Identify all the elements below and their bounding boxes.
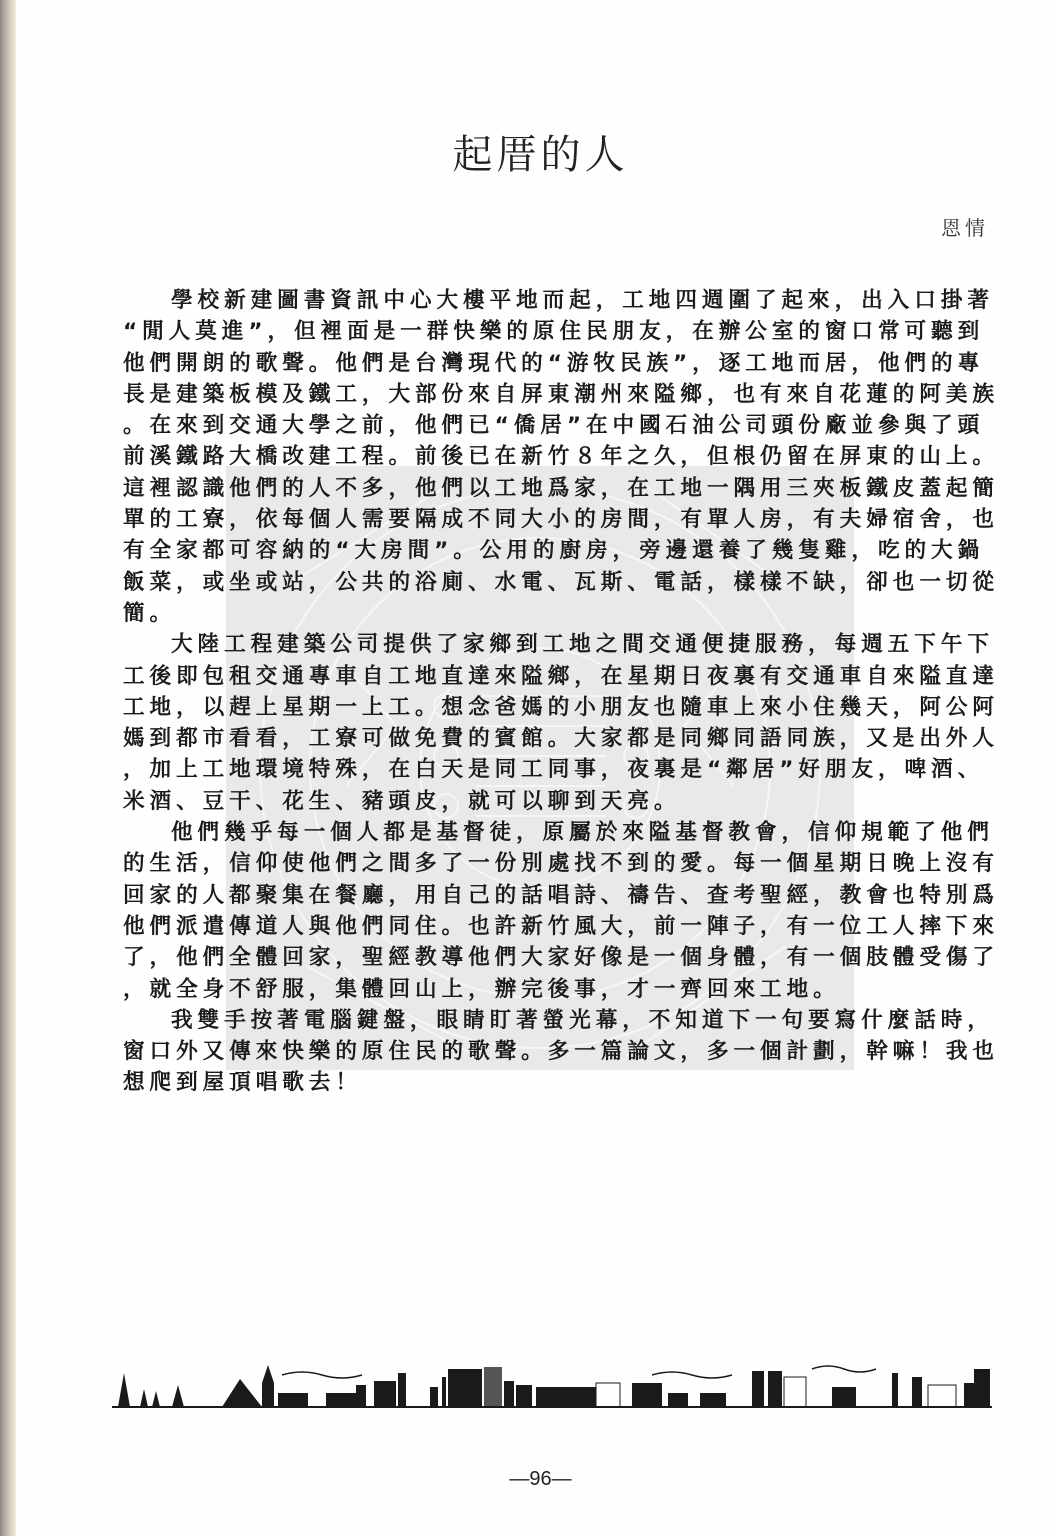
text-line: 回家的人都聚集在餐廳，用自己的話唱詩、禱告、查考聖經，教會也特別爲 [123, 880, 993, 911]
text-line: 前溪鐵路大橋改建工程。前後已在新竹８年之久，但根仍留在屏東的山上。 [123, 441, 993, 472]
city-skyline-illustration-icon [112, 1363, 992, 1409]
paragraph: 我雙手按著電腦鍵盤，眼睛盯著螢光幕，不知道下一句要寫什麼話時， 窗口外又傳來快樂… [123, 1005, 993, 1099]
text-line: 工後即包租交通專車自工地直達來隘鄉，在星期日夜裏有交通車自來隘直達 [123, 661, 993, 692]
text-line: 學校新建圖書資訊中心大樓平地而起，工地四週圍了起來，出入口掛著 [123, 285, 993, 316]
text-line: 了，他們全體回家，聖經教導他們大家好像是一個身體，有一個肢體受傷了 [123, 942, 993, 973]
paragraph: 大陸工程建築公司提供了家鄉到工地之間交通便捷服務，每週五下午下 工後即包租交通專… [123, 629, 993, 817]
text-line: 飯菜，或坐或站，公共的浴廁、水電、瓦斯、電話，樣樣不缺，卻也一切從 [123, 567, 993, 598]
text-line: 窗口外又傳來快樂的原住民的歌聲。多一篇論文，多一個計劃，幹嘛！我也 [123, 1036, 993, 1067]
text-line: 工地，以趕上星期一上工。想念爸媽的小朋友也隨車上來小住幾天，阿公阿 [123, 692, 993, 723]
text-line: 這裡認識他們的人不多，他們以工地爲家，在工地一隅用三夾板鐵皮蓋起簡 [123, 473, 993, 504]
page-number: —96— [0, 1468, 1051, 1491]
text-line: ，加上工地環境特殊，在白天是同工同事，夜裏是“鄰居”好朋友，啤酒、 [123, 754, 993, 785]
text-line: 媽到都市看看，工寮可做免費的賓館。大家都是同鄉同語同族，又是出外人 [123, 723, 993, 754]
text-line: 我雙手按著電腦鍵盤，眼睛盯著螢光幕，不知道下一句要寫什麼話時， [123, 1005, 993, 1036]
text-line: 單的工寮，依每個人需要隔成不同大小的房間，有單人房，有夫婦宿舍，也 [123, 504, 993, 535]
page-binding-edge [0, 0, 16, 1536]
text-line: 。在來到交通大學之前，他們已“僑居”在中國石油公司頭份廠並參與了頭 [123, 410, 993, 441]
paragraph: 學校新建圖書資訊中心大樓平地而起，工地四週圍了起來，出入口掛著 “閒人莫進”，但… [123, 285, 993, 629]
text-line: 他們派遣傳道人與他們同住。也許新竹風大，前一陣子，有一位工人摔下來 [123, 911, 993, 942]
text-line: 米酒、豆干、花生、豬頭皮，就可以聊到天亮。 [123, 786, 993, 817]
author-name: 恩情 [941, 212, 989, 241]
text-line: 大陸工程建築公司提供了家鄉到工地之間交通便捷服務，每週五下午下 [123, 629, 993, 660]
text-line: “閒人莫進”，但裡面是一群快樂的原住民朋友，在辦公室的窗口常可聽到 [123, 316, 993, 347]
text-line: 想爬到屋頂唱歌去！ [123, 1067, 993, 1098]
text-line: 有全家都可容納的“大房間”。公用的廚房，旁邊還養了幾隻雞，吃的大鍋 [123, 535, 993, 566]
text-line: 簡。 [123, 598, 993, 629]
text-line: 他們幾乎每一個人都是基督徒，原屬於來隘基督教會，信仰規範了他們 [123, 817, 993, 848]
paragraph: 他們幾乎每一個人都是基督徒，原屬於來隘基督教會，信仰規範了他們 的生活，信仰使他… [123, 817, 993, 1005]
text-line: 他們開朗的歌聲。他們是台灣現代的“游牧民族”，逐工地而居，他們的專 [123, 348, 993, 379]
text-line: 的生活，信仰使他們之間多了一份別處找不到的愛。每一個星期日晚上沒有 [123, 848, 993, 879]
article-title: 起厝的人 [0, 123, 1051, 180]
article-body: 學校新建圖書資訊中心大樓平地而起，工地四週圍了起來，出入口掛著 “閒人莫進”，但… [123, 285, 993, 1099]
text-line: ，就全身不舒服，集體回山上，辦完後事，才一齊回來工地。 [123, 974, 993, 1005]
text-line: 長是建築板模及鐵工，大部份來自屏東潮州來隘鄉，也有來自花蓮的阿美族 [123, 379, 993, 410]
